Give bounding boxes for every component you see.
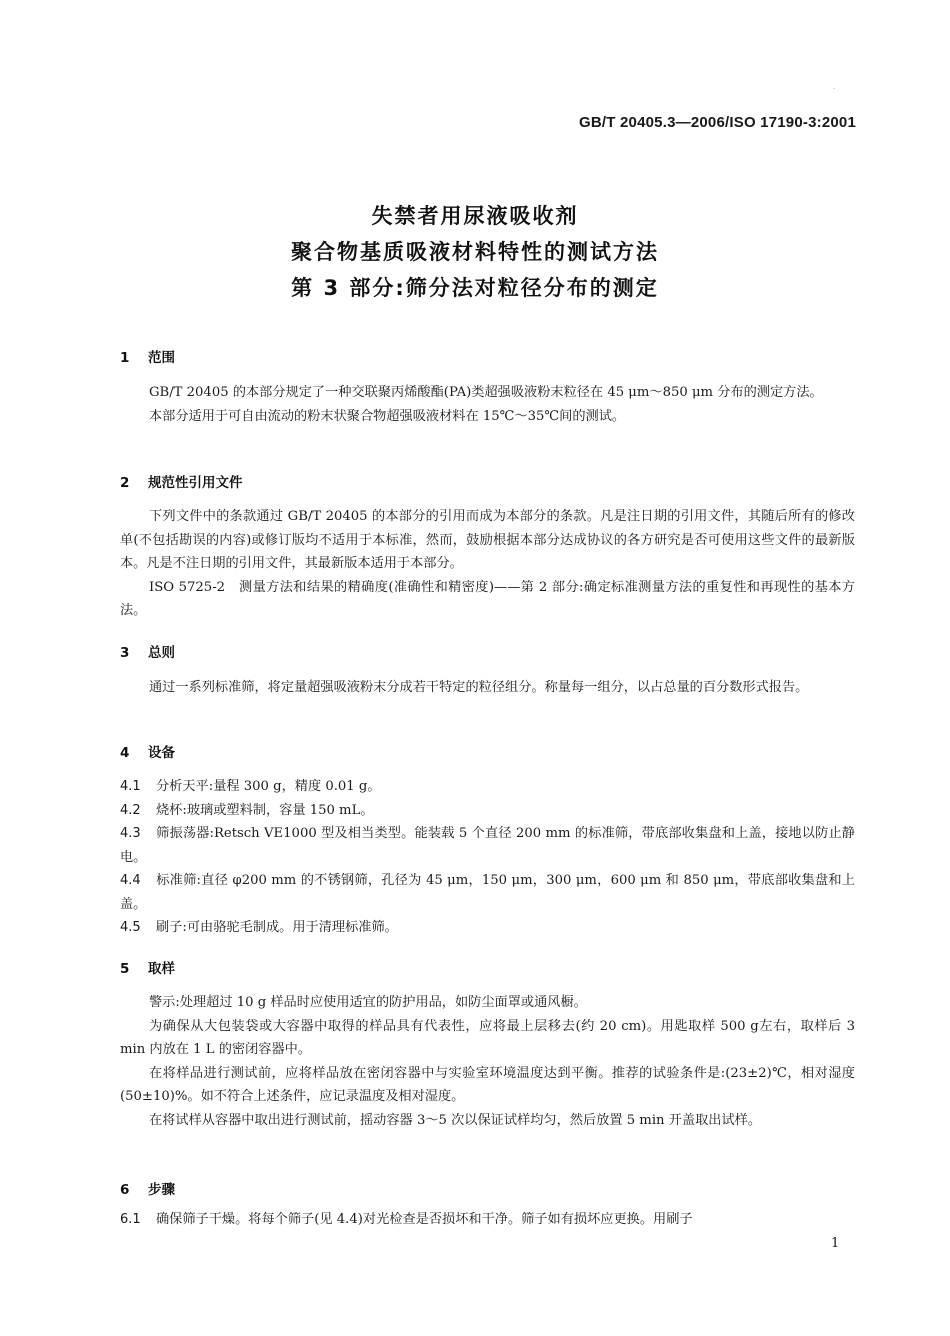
section-title: 设备 bbox=[148, 745, 175, 761]
item-number: 4.3 bbox=[120, 822, 156, 846]
paragraph: 通过一系列标准筛，将定量超强吸液粉末分成若干特定的粒径组分。称量每一组分，以占总… bbox=[120, 676, 855, 700]
item-text: 筛振荡器:Retsch VE1000 型及相当类型。能装载 5 个直径 200 … bbox=[120, 826, 855, 865]
section-number: 6 bbox=[120, 1182, 148, 1198]
section-heading-2: 2规范性引用文件 bbox=[120, 471, 243, 491]
section-title: 规范性引用文件 bbox=[148, 475, 243, 491]
item-number: 4.4 bbox=[120, 869, 156, 893]
section-body-2: 下列文件中的条款通过 GB/T 20405 的本部分的引用而成为本部分的条款。凡… bbox=[120, 505, 855, 623]
title-line-2: 聚合物基质吸液材料特性的测试方法 bbox=[100, 234, 850, 270]
paragraph: 在将样品进行测试前，应将样品放在密闭容器中与实验室环境温度达到平衡。推荐的试验条… bbox=[120, 1062, 855, 1109]
item-number: 4.2 bbox=[120, 799, 156, 823]
paragraph: 警示:处理超过 10 g 样品时应使用适宜的防护用品，如防尘面罩或通风橱。 bbox=[120, 991, 855, 1015]
list-item: 4.4标准筛:直径 φ200 mm 的不锈钢筛，孔径为 45 μm，150 μm… bbox=[120, 869, 855, 916]
section-body-5: 警示:处理超过 10 g 样品时应使用适宜的防护用品，如防尘面罩或通风橱。 为确… bbox=[120, 991, 855, 1132]
item-text: 分析天平:量程 300 g，精度 0.01 g。 bbox=[156, 779, 381, 794]
list-item: 4.2烧杯:玻璃或塑料制，容量 150 mL。 bbox=[120, 799, 855, 823]
list-item: 6.1确保筛子干燥。将每个筛子(见 4.4)对光检查是否损坏和干净。筛子如有损坏… bbox=[120, 1208, 855, 1232]
section-number: 1 bbox=[120, 350, 148, 366]
standard-code: GB/T 20405.3—2006/ISO 17190-3:2001 bbox=[538, 114, 856, 131]
paragraph: 下列文件中的条款通过 GB/T 20405 的本部分的引用而成为本部分的条款。凡… bbox=[120, 505, 855, 576]
section-number: 3 bbox=[120, 645, 148, 661]
paragraph: ISO 5725-2 测量方法和结果的精确度(准确性和精密度)——第 2 部分:… bbox=[120, 576, 855, 623]
paragraph: 在将试样从容器中取出进行测试前，摇动容器 3～5 次以保证试样均匀，然后放置 5… bbox=[120, 1109, 855, 1133]
section-title: 范围 bbox=[148, 350, 175, 366]
section-body-4: 4.1分析天平:量程 300 g，精度 0.01 g。 4.2烧杯:玻璃或塑料制… bbox=[120, 775, 855, 940]
section-heading-1: 1范围 bbox=[120, 346, 175, 366]
list-item: 4.3筛振荡器:Retsch VE1000 型及相当类型。能装载 5 个直径 2… bbox=[120, 822, 855, 869]
item-text: 标准筛:直径 φ200 mm 的不锈钢筛，孔径为 45 μm，150 μm，30… bbox=[120, 873, 855, 912]
paragraph: 本部分适用于可自由流动的粉末状聚合物超强吸液材料在 15℃～35℃间的测试。 bbox=[120, 405, 855, 429]
section-heading-4: 4设备 bbox=[120, 741, 175, 761]
section-heading-3: 3总则 bbox=[120, 641, 175, 661]
section-body-1: GB/T 20405 的本部分规定了一种交联聚丙烯酸酯(PA)类超强吸液粉末粒径… bbox=[120, 381, 855, 428]
section-number: 5 bbox=[120, 961, 148, 977]
scan-mark: · bbox=[833, 85, 835, 93]
paragraph: 为确保从大包装袋或大容器中取得的样品具有代表性，应将最上层移去(约 20 cm)… bbox=[120, 1015, 855, 1062]
section-body-3: 通过一系列标准筛，将定量超强吸液粉末分成若干特定的粒径组分。称量每一组分，以占总… bbox=[120, 676, 855, 700]
title-line-1: 失禁者用尿液吸收剂 bbox=[100, 198, 850, 234]
item-text: 确保筛子干燥。将每个筛子(见 4.4)对光检查是否损坏和干净。筛子如有损坏应更换… bbox=[156, 1212, 693, 1227]
item-text: 刷子:可由骆驼毛制成。用于清理标准筛。 bbox=[156, 920, 398, 935]
section-heading-5: 5取样 bbox=[120, 957, 175, 977]
section-number: 2 bbox=[120, 475, 148, 491]
list-item: 4.5刷子:可由骆驼毛制成。用于清理标准筛。 bbox=[120, 916, 855, 940]
section-title: 取样 bbox=[148, 961, 175, 977]
section-number: 4 bbox=[120, 745, 148, 761]
section-body-6: 6.1确保筛子干燥。将每个筛子(见 4.4)对光检查是否损坏和干净。筛子如有损坏… bbox=[120, 1208, 855, 1232]
list-item: 4.1分析天平:量程 300 g，精度 0.01 g。 bbox=[120, 775, 855, 799]
item-number: 4.5 bbox=[120, 916, 156, 940]
item-text: 烧杯:玻璃或塑料制，容量 150 mL。 bbox=[156, 803, 374, 818]
section-title: 步骤 bbox=[148, 1182, 175, 1198]
paragraph: GB/T 20405 的本部分规定了一种交联聚丙烯酸酯(PA)类超强吸液粉末粒径… bbox=[120, 381, 855, 405]
section-heading-6: 6步骤 bbox=[120, 1178, 175, 1198]
item-number: 4.1 bbox=[120, 775, 156, 799]
section-title: 总则 bbox=[148, 645, 175, 661]
item-number: 6.1 bbox=[120, 1208, 156, 1232]
page-number: 1 bbox=[831, 1236, 839, 1251]
document-title: 失禁者用尿液吸收剂 聚合物基质吸液材料特性的测试方法 第 3 部分:筛分法对粒径… bbox=[100, 198, 850, 306]
title-line-3: 第 3 部分:筛分法对粒径分布的测定 bbox=[100, 270, 850, 306]
